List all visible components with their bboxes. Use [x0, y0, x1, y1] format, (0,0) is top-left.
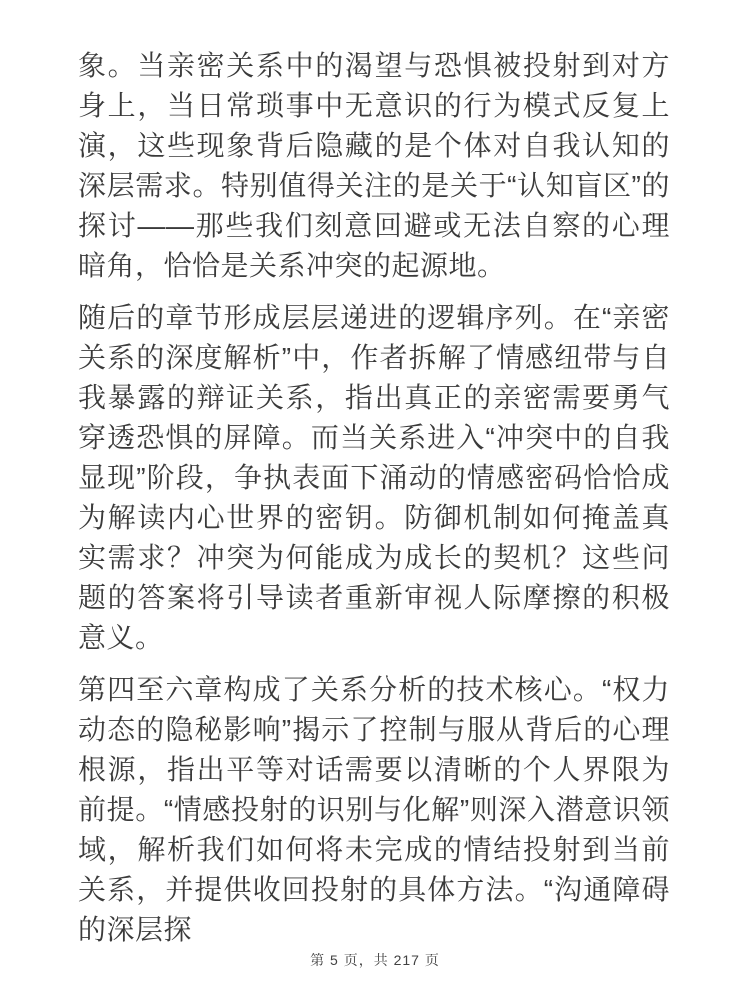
document-page: 象。当亲密关系中的渴望与恐惧被投射到对方身上，当日常琐事中无意识的行为模式反复上… [0, 0, 750, 1000]
paragraph-3: 第四至六章构成了关系分析的技术核心。“权力动态的隐秘影响”揭示了控制与服从背后的… [78, 670, 670, 950]
paragraph-1: 象。当亲密关系中的渴望与恐惧被投射到对方身上，当日常琐事中无意识的行为模式反复上… [78, 46, 670, 286]
page-text-content: 象。当亲密关系中的渴望与恐惧被投射到对方身上，当日常琐事中无意识的行为模式反复上… [0, 0, 750, 950]
paragraph-2: 随后的章节形成层层递进的逻辑序列。在“亲密关系的深度解析”中，作者拆解了情感纽带… [78, 298, 670, 658]
page-footer: 第 5 页，共 217 页 [0, 950, 750, 970]
page-indicator: 第 5 页，共 217 页 [310, 952, 440, 968]
